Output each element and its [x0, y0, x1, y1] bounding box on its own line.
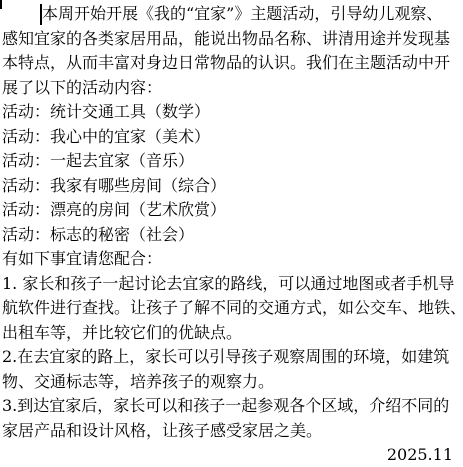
- line-text: 有如下事宜请您配合：: [2, 249, 162, 268]
- line-text: 1. 家长和孩子一起讨论去宜家的路线，可以通过地图或者手机导: [2, 274, 454, 293]
- text-line: 3.到达宜家后，家长可以和孩子一起参观各个区域，介绍不同的: [2, 394, 459, 419]
- text-line: 有如下事宜请您配合：: [2, 247, 459, 272]
- line-text: 感知宜家的各类家居用品，能说出物品名称、讲清用途并发现基: [2, 29, 450, 48]
- text-line: 活动：我心中的宜家（美术）: [2, 125, 459, 150]
- line-text: 展了以下的活动内容：: [2, 78, 162, 97]
- text-line: 2.在去宜家的路上，家长可以引导孩子观察周围的环境，如建筑: [2, 345, 459, 370]
- line-text: 活动：标志的秘密（社会）: [2, 225, 194, 244]
- line-text: 3.到达宜家后，家长可以和孩子一起参观各个区域，介绍不同的: [2, 396, 449, 415]
- text-line: 2025.11: [2, 443, 459, 467]
- text-line: 感知宜家的各类家居用品，能说出物品名称、讲清用途并发现基: [2, 27, 459, 52]
- text-line: 物、交通标志等，培养孩子的观察力。: [2, 370, 459, 395]
- line-text: 2.在去宜家的路上，家长可以引导孩子观察周围的环境，如建筑: [2, 347, 449, 366]
- line-text: 航软件进行查找。让孩子了解不同的交通方式，如公交车、地铁、: [2, 298, 463, 317]
- line-text: 物、交通标志等，培养孩子的观察力。: [2, 372, 274, 391]
- line-text: 活动：一起去宜家（音乐）: [2, 151, 194, 170]
- line-text: 家居产品和设计风格，让孩子感受家居之美。: [2, 421, 322, 440]
- text-cursor: [40, 4, 42, 25]
- line-text: 出租车等，并比较它们的优缺点。: [2, 323, 242, 342]
- document-text-area[interactable]: 本周开始开展《我的“宜家”》主题活动，引导幼儿观察、感知宜家的各类家居用品，能说…: [0, 0, 463, 467]
- text-line: 展了以下的活动内容：: [2, 76, 459, 101]
- line-text: 活动：统计交通工具（数学）: [2, 102, 210, 121]
- line-text: 本周开始开展《我的“宜家”》主题活动，引导幼儿观察、: [42, 4, 442, 23]
- text-line: 航软件进行查找。让孩子了解不同的交通方式，如公交车、地铁、: [2, 296, 459, 321]
- text-line: 家居产品和设计风格，让孩子感受家居之美。: [2, 419, 459, 444]
- line-text: 活动：我家有哪些房间（综合）: [2, 176, 226, 195]
- text-line: 本周开始开展《我的“宜家”》主题活动，引导幼儿观察、: [2, 2, 459, 27]
- line-text: 活动：我心中的宜家（美术）: [2, 127, 210, 146]
- text-line: 活动：我家有哪些房间（综合）: [2, 174, 459, 199]
- text-line: 活动：统计交通工具（数学）: [2, 100, 459, 125]
- text-line: 活动：标志的秘密（社会）: [2, 223, 459, 248]
- date-text: 2025.11: [387, 445, 453, 464]
- text-line: 出租车等，并比较它们的优缺点。: [2, 321, 459, 346]
- text-line: 活动：漂亮的房间（艺术欣赏）: [2, 198, 459, 223]
- line-text: 活动：漂亮的房间（艺术欣赏）: [2, 200, 226, 219]
- text-line: 本特点，从而丰富对身边日常物品的认识。我们在主题活动中开: [2, 51, 459, 76]
- text-line: 1. 家长和孩子一起讨论去宜家的路线，可以通过地图或者手机导: [2, 272, 459, 297]
- text-line: 活动：一起去宜家（音乐）: [2, 149, 459, 174]
- line-text: 本特点，从而丰富对身边日常物品的认识。我们在主题活动中开: [2, 53, 450, 72]
